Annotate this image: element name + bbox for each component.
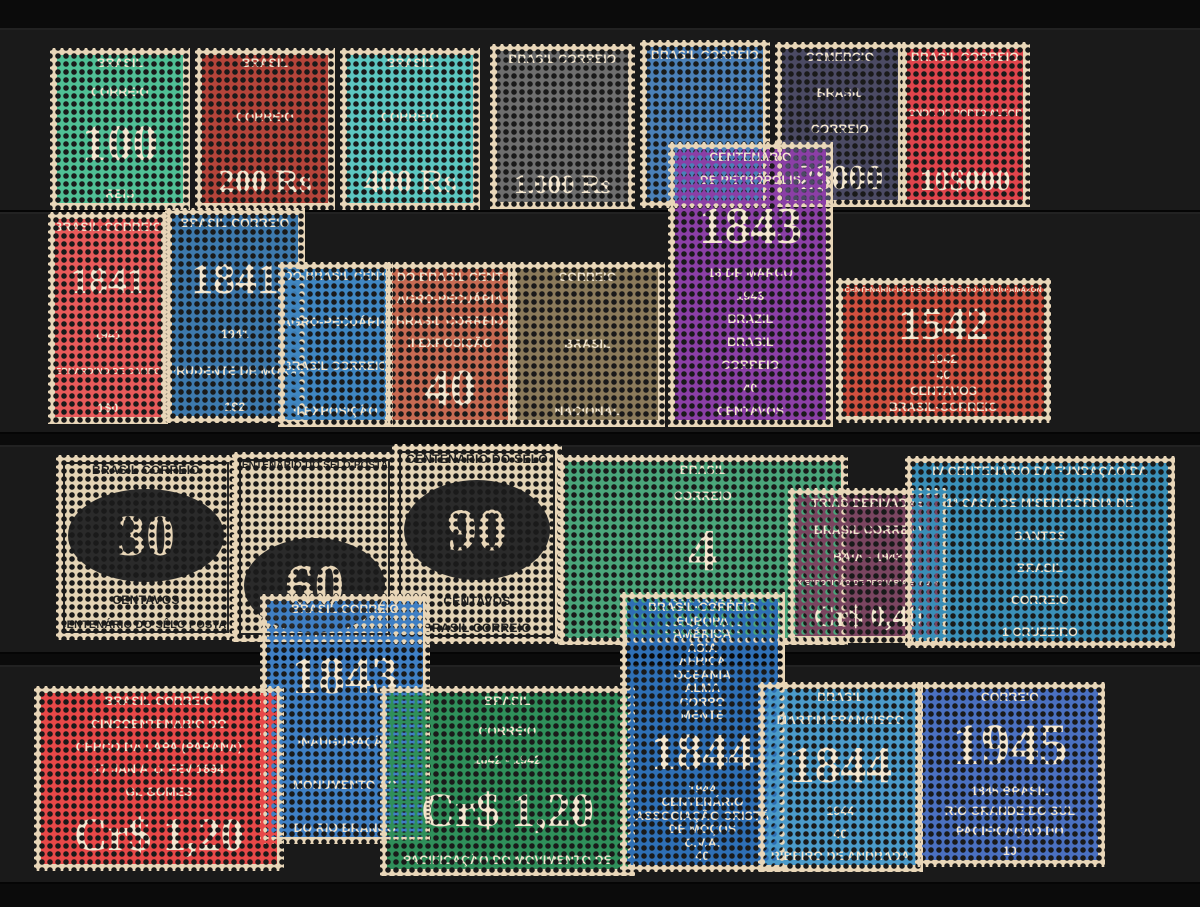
stamp-1: BRASILCORREIO100REIS: [50, 48, 190, 210]
stamp-title: DO BRASIL CENT: [285, 271, 386, 283]
stamp-text: NACIONAL: [555, 405, 621, 418]
stamp-title: IV CENTENÁRIO DA FUNDAÇÃO DA: [932, 465, 1147, 478]
stamp-text: CINCOENTENÁRIO DO: [91, 718, 227, 731]
stamp-text: BRASIL CORREIO: [396, 315, 504, 328]
stamp-text: 1842 - 1942: [474, 754, 541, 767]
stamp-text: CORREIO: [381, 111, 439, 124]
stamp-text: BRASIL CORREIO: [423, 622, 531, 635]
stamp-text: BRASIL: [727, 336, 773, 349]
stamp-13: CENTENÁRIODE PETRÓPOLIS184316 DE MARÇO19…: [668, 142, 833, 427]
stamp-denomination: 1844: [651, 723, 754, 782]
stamp-text: CENTAVOS: [112, 594, 179, 607]
stamp-text: OCEANIA: [674, 669, 731, 682]
stamp-text: SANTOS: [1014, 530, 1066, 543]
stamp-text: RIBEIRO DE ANDRADA: [771, 850, 910, 863]
stamp-title: BRASIL: [387, 57, 433, 70]
stamp-text: ASSOCIAÇÃO CRISTÃ: [635, 810, 769, 823]
stamp-text: CENTAVOS: [717, 405, 784, 418]
stamp-text: MARTIM FRANCISCO: [777, 714, 904, 727]
stamp-text: REIS: [105, 188, 134, 201]
stamp-title: CENTENÁRIO: [709, 151, 791, 164]
stamp-text: MENTE: [681, 709, 725, 722]
stamp-text: CORREIO: [478, 725, 536, 738]
stamp-denomination: Cr$ 1,20: [421, 784, 594, 838]
stamp-8: BRASIL·CORREIO18411941BERNARDINO DE CAMP…: [48, 212, 168, 424]
stamp-text: 1$2: [225, 401, 246, 414]
stamp-text: 40: [937, 369, 951, 382]
stamp-text: 1$0: [98, 402, 119, 415]
stamp-4: BRASIL CORREIO1.000 Rs: [490, 44, 635, 209]
stamp-title: BRASIL·CORREIO: [648, 601, 757, 614]
stamp-title: BRASIL CORREIO: [92, 464, 200, 477]
stamp-denomination: 90: [404, 480, 550, 580]
stamp-title: BRASIL·CORREIO: [105, 695, 214, 708]
stamp-text: CENTAVOS: [443, 595, 510, 608]
stamp-text: BRASIL: [1017, 562, 1063, 575]
stamp-text: DE MOÇOS: [669, 823, 737, 836]
stamp-text: CÊRCO DA LAPA (PARANÁ): [76, 741, 243, 754]
stamp-title: BRASIL CORREIO: [291, 603, 399, 616]
stamp-26: CORREIO19451845 BRASILRIO GRANDE DO SULP…: [915, 682, 1105, 867]
stamp-title: BRASIL CORREIO: [651, 49, 759, 62]
stamp-text: ALMA: [685, 682, 721, 695]
stamp-text: EUROPA: [676, 615, 728, 628]
stamp-text: BRAZIL: [728, 313, 774, 326]
stamp-text: CENTAVOS: [910, 385, 977, 398]
stamp-text: ÁSIA: [688, 642, 718, 655]
stamp-denomination: 1843: [699, 197, 802, 256]
stamp-15: BRASIL CORREIO30CENTAVOSCENTENÁRIO DO SÊ…: [56, 455, 236, 640]
stamp-title: IV·CENTENÁRIO·DO·DESCOBRIMENTO·DO·RIO·AM…: [843, 287, 1044, 294]
stamp-text: GL GOMES: [126, 786, 193, 799]
stamp-2: BRASILCORREIO200 Rs: [195, 48, 335, 210]
stamp-text: 40: [834, 828, 848, 841]
stamp-text: INAUGURAÇÃO: [298, 736, 393, 749]
stamp-23: BRASILCORREIO1842 - 1942Cr$ 1,20PACIFICA…: [380, 686, 635, 876]
stamp-text: 40: [696, 850, 710, 863]
stamp-denomination: 4: [688, 516, 718, 585]
stamp-11: DO BRASIL CENTAGRO-PECUÁRIABRASIL CORREI…: [385, 262, 515, 427]
stamp-text: 1 CRUZEIRO: [1002, 626, 1078, 639]
stamp-text: DE PETRÓPOLIS: [700, 174, 801, 187]
stamp-denomination: 1841: [71, 260, 146, 303]
stamp-text: 1944: [689, 783, 717, 796]
stamp-text: C.V.A.: [684, 837, 720, 850]
stamp-title: BRASIL: [97, 57, 143, 70]
stamp-title: BRASIL CORREIO: [509, 53, 617, 66]
stamp-text: CORREIO: [721, 359, 779, 372]
stamp-text: BRASIL: [817, 87, 863, 100]
stamp-10: DO BRASIL CENTAGRO-PECUÁRIABRASIL CORREI…: [278, 262, 393, 427]
stamp-text: ÁFRICA: [679, 655, 726, 668]
stamp-text: CORPO: [680, 696, 726, 709]
stamp-denomination: 1.000 Rs: [514, 169, 611, 200]
stamp-denomination: 200 Rs: [218, 164, 311, 201]
stamp-denomination: 400 Rs: [363, 164, 456, 201]
stamp-text: BAÍA - 1943: [833, 551, 903, 564]
stamp-text: AGRO-PECUÁRIA: [397, 293, 504, 306]
stamp-denomination: 30: [68, 489, 224, 582]
stamp-text: 40: [744, 382, 758, 395]
stamp-text: 1941: [94, 329, 122, 342]
stamp-title: CORREIO: [981, 691, 1039, 704]
stamp-text: AMÉRICA: [673, 628, 731, 641]
stamp-title: BRASIL CORREIO: [911, 51, 1019, 64]
stamp-text: 17 JAN A 11 FEV 1894: [94, 763, 225, 776]
stamp-title: DO BRASIL CENT: [397, 271, 503, 284]
stamp-title: BRASIL·CORREIO: [181, 217, 290, 230]
stamp-text: PACIFICAÇÃO DO: [956, 825, 1064, 838]
stamp-text: CORREIO: [674, 490, 732, 503]
stamp-text: II EXPOSIÇÃO: [408, 337, 493, 350]
stamp-text: BRASIL-CORREIO: [889, 401, 998, 414]
stamp-text: CENTENÁRIO: [661, 796, 743, 809]
stamp-denomination: 1945: [952, 711, 1068, 778]
stamp-title: BRASIL: [242, 57, 288, 70]
stamp-denomination: 40: [424, 359, 476, 418]
stamp-text: BRASIL: [564, 338, 610, 351]
stamp-text: CORREIO: [91, 86, 149, 99]
stamp-text: 1944: [827, 805, 855, 818]
stamp-12: CORREIOBRASILNACIONAL: [510, 262, 665, 427]
stamp-title: BRASIL: [484, 695, 530, 708]
stamp-denomination: Cr$ 1,20: [74, 809, 244, 862]
stamp-25: BRASILMARTIM FRANCISCO1844194440RIBEIRO …: [758, 682, 923, 872]
stamp-title: CENTENÁRIO DO SÊLO POSTAL: [239, 461, 390, 471]
stamp-text: RIO GRANDE DO SUL: [945, 805, 1075, 818]
stamp-text: BRASIL CORREIO: [285, 361, 386, 373]
stamp-denomination: 10$000: [920, 163, 1011, 198]
stamp-denomination: 1844: [789, 736, 892, 795]
stamp-title: CORREIO: [558, 271, 616, 284]
stamp-text: II EXPOSIÇÃO: [293, 405, 378, 418]
stamp-7: BRASIL CORREIOCONDE DE PORTO ALEGRE10$00…: [900, 42, 1030, 207]
stamp-text: 1942: [930, 353, 958, 366]
stamp-text: 1ª CASA DE MISERICÓRDIA DE: [946, 497, 1133, 510]
stamp-3: BRASILCORREIO400 Rs: [340, 48, 480, 210]
stamp-text: CENTENÁRIO DO SÊLO POSTAL: [63, 620, 229, 631]
stamp-title: COMERCIO: [806, 51, 874, 64]
stamp-denomination: 100: [82, 114, 158, 172]
stamp-title: BRASIL: [680, 464, 726, 477]
stamp-text: CORREIO: [236, 111, 294, 124]
stamp-14: IV·CENTENÁRIO·DO·DESCOBRIMENTO·DO·RIO·AM…: [836, 278, 1051, 423]
stamp-text: PACIFICAÇÃO DO MOVIMENTO DE: [403, 854, 612, 867]
stamp-title: BRASIL·CORREIO: [55, 221, 161, 234]
stamp-22: BRASIL·CORREIOCINCOENTENÁRIO DOCÊRCO DA …: [34, 686, 284, 871]
stamp-text: 1845 BRASIL: [971, 785, 1049, 798]
stamp-text: BERNARDINO DE CAMPOS: [55, 367, 161, 376]
stamp-text: CONDE DE PORTO ALEGRE: [907, 109, 1023, 118]
stamp-title: CENTENÁRIO DO SÊLO: [406, 453, 548, 466]
stamp-20: IV CENTENÁRIO DA FUNDAÇÃO DA1ª CASA DE M…: [905, 456, 1175, 648]
stamp-text: 10: [1003, 845, 1017, 858]
stamp-title: BRASIL: [817, 691, 863, 704]
stamp-denomination: 1542: [898, 298, 989, 350]
stamp-text: 1943: [737, 290, 765, 303]
stamp-text: 1941: [221, 328, 249, 341]
stamp-text: AGRO-PECUÁRIA: [285, 316, 386, 329]
stamp-text: 16 DE MARÇO: [708, 267, 793, 280]
stamp-text: CORREIO: [811, 123, 869, 136]
stamp-denomination: 1841: [191, 254, 279, 304]
stamp-text: CORREIO: [1011, 594, 1069, 607]
